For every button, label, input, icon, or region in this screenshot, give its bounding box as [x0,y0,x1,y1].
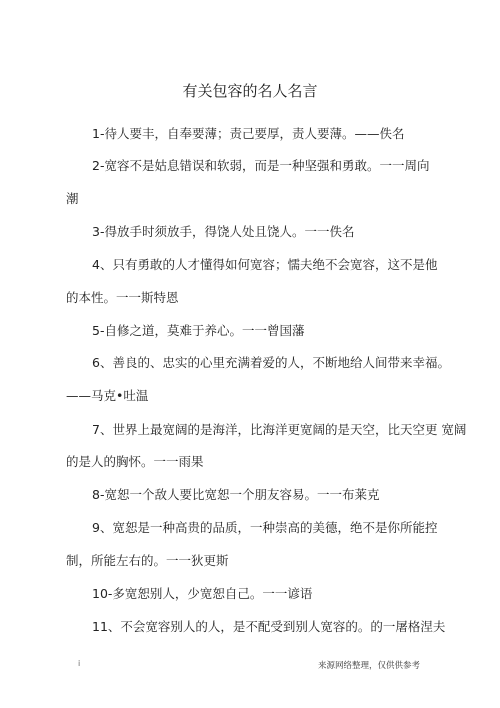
quote-line-10: 10-多宽恕别人，少宽恕自己。一一谚语 [92,584,312,602]
quote-line-5: 5-自修之道，莫难于养心。一一曾国藩 [92,321,304,339]
quote-line-7-cont: 的是人的胸怀。一一雨果 [66,452,204,470]
quote-line-4-cont: 的本性。一一斯特恩 [66,288,179,306]
quote-line-6: 6、善良的、忠实的心里充满着爱的人，不断地给人间带来幸福。 [92,353,450,371]
quote-line-9: 9、宽恕是一种高贵的品质，一种崇高的美德，绝不是你所能控 [92,518,437,536]
quote-line-2: 2-宽容不是姑息错误和软弱，而是一种坚强和勇敢。一一周向 [92,156,429,174]
footer-note: 来源网络整理，仅供供参考 [318,659,420,671]
page-marker: i [78,659,80,668]
quote-line-7: 7、世界上最宽阔的是海洋，比海洋更宽阔的是天空，比天空更 宽阔 [92,420,466,438]
document-title: 有关包容的名人名言 [0,80,500,101]
quote-line-3: 3-得放手时须放手，得饶人处且饶人。一一佚名 [92,222,354,240]
quote-line-6-cont: ——马克•吐温 [66,386,148,404]
quote-line-9-cont: 制，所能左右的。一一狄更斯 [66,551,229,569]
quote-line-11: 11、不会宽容别人的人，是不配受到别人宽容的。的一屠格涅夫 [92,617,445,635]
quote-line-4: 4、只有勇敢的人才懂得如何宽容；懦夫绝不会宽容，这不是他 [92,255,437,273]
quote-line-1: 1-待人要丰，自奉要薄；责己要厚，责人要薄。——佚名 [92,124,404,142]
quote-line-2-cont: 潮 [66,189,79,207]
quote-line-8: 8-宽恕一个敌人要比宽恕一个朋友容易。一一布莱克 [92,485,379,503]
